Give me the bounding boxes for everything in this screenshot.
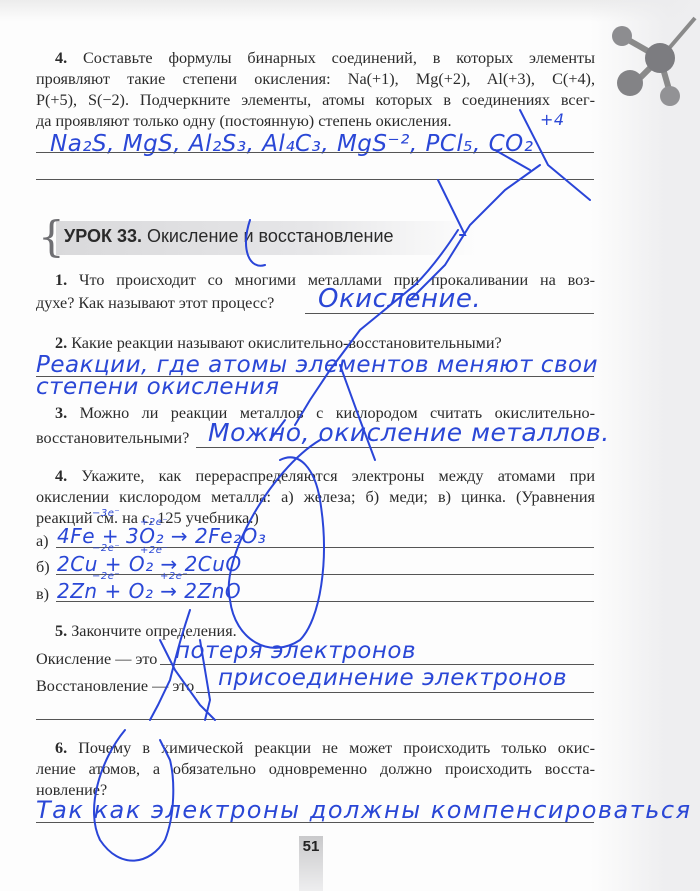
definition-1-answer[interactable]: потеря электронов (175, 638, 416, 664)
item-a-label: а) (36, 531, 49, 552)
electron-note: −3e⁻ (92, 508, 120, 519)
question-number: 2. (55, 334, 67, 352)
answer-line (36, 179, 594, 180)
lesson-title: Окисление и восстановление (147, 226, 394, 246)
electron-note: −2e⁻ (92, 543, 120, 554)
question-2-line-1: 2. Какие реакции называют окислительно-в… (55, 333, 502, 354)
definition-2-answer[interactable]: присоединение электронов (218, 665, 567, 691)
lesson-heading: УРОК 33. Окисление и восстановление (64, 226, 394, 247)
oxidation-state-note: +4 (540, 110, 565, 129)
task4-prev-line-2: проявляют такие степени окисления: Na(+1… (36, 69, 595, 90)
answer-line (36, 822, 594, 823)
question-4-line-1: 4. Укажите, как перераспределяются элект… (55, 466, 595, 487)
task-number: 4. (55, 49, 67, 67)
item-c-label: в) (36, 584, 49, 605)
question-2-answer-line-2[interactable]: степени окисления (36, 374, 279, 400)
workbook-page: 4. Составьте формулы бинарных соединений… (0, 0, 700, 891)
electron-note: −2e⁻ (92, 571, 120, 582)
answer-line (36, 719, 594, 720)
question-6-line-2: ление атомов, а обязательно одновременно… (36, 759, 595, 780)
task4-prev-line-4: да проявляют только одну (постоянную) ст… (36, 111, 452, 132)
lesson-label: УРОК 33. (64, 226, 142, 246)
question-number: 1. (55, 271, 67, 289)
lesson-bracket-icon: { (38, 216, 65, 258)
question-1-answer[interactable]: Окисление. (318, 284, 481, 314)
question-3-answer[interactable]: Можно, окисление металлов. (208, 418, 610, 447)
task4-prev-answer[interactable]: Na₂S, MgS, Al₂S₃, Al₄C₃, MgS⁻², PCl₅, CO… (50, 131, 534, 157)
question-1-line-2: духе? Как называют этот процесс? (36, 293, 274, 314)
question-3-line-2: восстановительными? (36, 428, 189, 449)
definition-1-term: Окисление — это (36, 649, 157, 670)
electron-note: +2e⁻ (140, 545, 168, 556)
task4-prev-line-1: 4. Составьте формулы бинарных соединений… (55, 48, 595, 69)
electron-note: +2e⁻ (140, 517, 168, 528)
item-b-label: б) (36, 557, 50, 578)
answer-line (196, 447, 594, 448)
answer-line (56, 601, 594, 602)
question-text: Укажите, как перераспределяются электрон… (81, 467, 595, 485)
question-4-line-2: окислении кислородом металла: а) железа;… (36, 487, 595, 508)
question-text: Какие реакции называют окислительно-восс… (71, 334, 502, 352)
question-6-line-1: 6. Почему в химической реакции не может … (55, 738, 595, 759)
task-text: Составьте формулы бинарных соединений, в… (83, 49, 595, 67)
answer-line (56, 574, 594, 575)
question-number: 6. (55, 739, 67, 757)
item-c-answer[interactable]: 2Zn + O₂ → 2ZnO (57, 579, 241, 603)
question-6-answer[interactable]: Так как электроны должны компенсироватьс… (36, 796, 692, 824)
answer-line (305, 313, 594, 314)
definition-2-term: Восстановление — это (36, 676, 194, 697)
molecule-icon (590, 8, 700, 118)
question-number: 3. (55, 404, 67, 422)
answer-line (56, 547, 594, 548)
answer-line (196, 692, 594, 693)
page-number: 51 (297, 838, 325, 855)
electron-note: +2e⁻ (160, 571, 188, 582)
question-number: 5. (55, 622, 67, 640)
task4-prev-line-3: P(+5), S(−2). Подчеркните элементы, атом… (36, 90, 595, 111)
answer-line (36, 152, 594, 153)
question-text: Почему в химической реакции не может про… (78, 739, 595, 757)
question-number: 4. (55, 467, 67, 485)
